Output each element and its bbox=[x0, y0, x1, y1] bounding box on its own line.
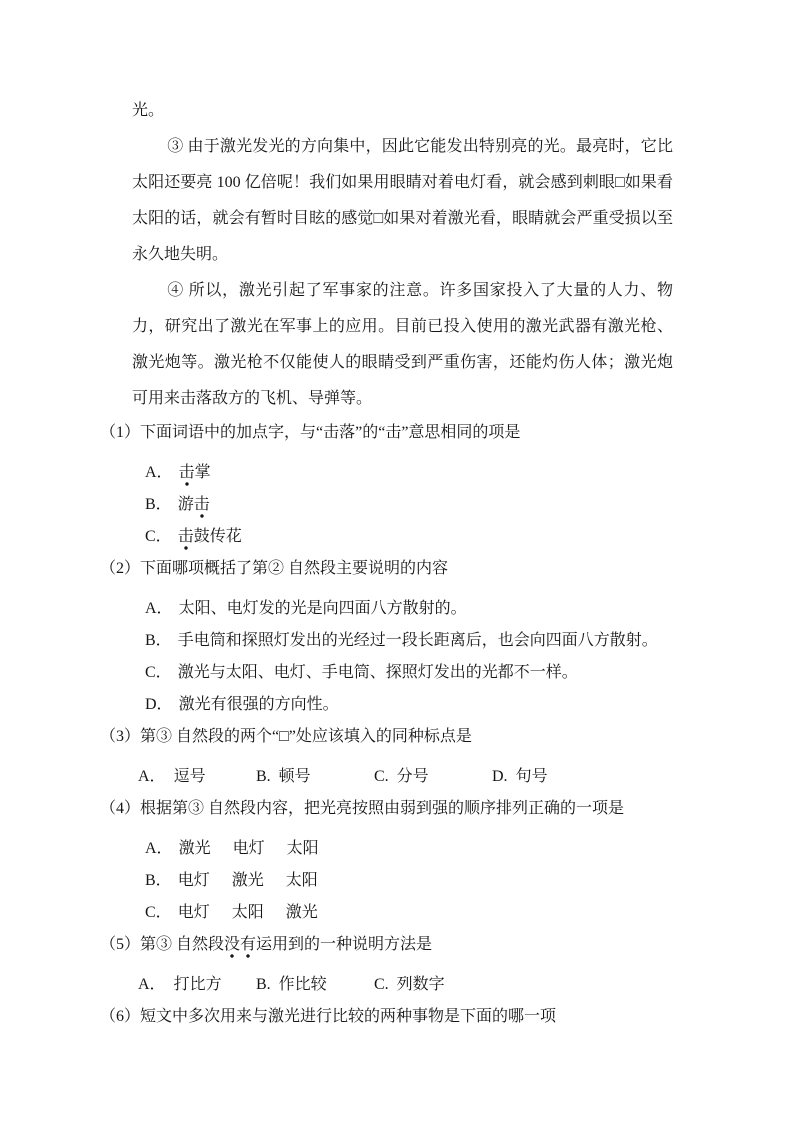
question-6-number: （6） bbox=[100, 1008, 140, 1025]
option-label: A． bbox=[138, 768, 166, 785]
question-3: （3）第③ 自然段的两个“□”处应该填入的同种标点是 A．逗号 B.顿号 C.分… bbox=[100, 721, 675, 793]
option-word: 太阳 bbox=[286, 865, 318, 897]
passage-paragraph-3: ③ 由于激光发光的方向集中，因此它能发出特别亮的光。最亮时，它比太阳还要亮 10… bbox=[132, 129, 673, 273]
option-text: 鼓传花 bbox=[194, 528, 242, 545]
option-word: 太阳 bbox=[287, 833, 319, 865]
option-label: C． bbox=[145, 904, 172, 921]
option-word: 激光 bbox=[286, 897, 318, 929]
question-6-text: 短文中多次用来与激光进行比较的两种事物是下面的哪一项 bbox=[140, 1008, 556, 1025]
option-label: B． bbox=[145, 632, 172, 649]
question-6: （6）短文中多次用来与激光进行比较的两种事物是下面的哪一项 bbox=[100, 1001, 675, 1033]
option-label: C. bbox=[374, 976, 389, 993]
option-label: A． bbox=[145, 464, 173, 481]
question-3-option-a: A．逗号 bbox=[138, 761, 256, 793]
option-text: 游 bbox=[178, 496, 194, 513]
question-1-stem: （1）下面词语中的加点字，与“击落”的“击”意思相同的项是 bbox=[100, 417, 675, 449]
question-2-option-b: B．手电筒和探照灯发出的光经过一段长距离后，也会向四面八方散射。 bbox=[100, 625, 675, 657]
question-5-option-b: B.作比较 bbox=[256, 969, 374, 1001]
option-text: 作比较 bbox=[279, 976, 327, 993]
question-5-text: 第③ 自然段 bbox=[140, 936, 224, 953]
question-5-option-c: C.列数字 bbox=[374, 969, 445, 1001]
question-4-stem: （4）根据第③ 自然段内容，把光亮按照由弱到强的顺序排列正确的一项是 bbox=[100, 793, 675, 825]
option-text-emphasized: 击 bbox=[194, 496, 210, 519]
question-1-option-c: C．击鼓传花 bbox=[100, 521, 675, 553]
question-2-stem: （2）下面哪项概括了第② 自然段主要说明的内容 bbox=[100, 553, 675, 585]
question-3-option-d: D.句号 bbox=[492, 761, 548, 793]
reading-passage: 光。 ③ 由于激光发光的方向集中，因此它能发出特别亮的光。最亮时，它比太阳还要亮… bbox=[132, 93, 673, 417]
question-5-options-row: A．打比方 B.作比较 C.列数字 bbox=[100, 969, 675, 1001]
option-label: B． bbox=[145, 872, 172, 889]
question-2-option-c: C．激光与太阳、电灯、手电筒、探照灯发出的光都不一样。 bbox=[100, 657, 675, 689]
option-text: 顿号 bbox=[279, 768, 311, 785]
option-word: 电灯 bbox=[233, 833, 265, 865]
question-3-option-b: B.顿号 bbox=[256, 761, 374, 793]
question-1-option-a: A．击掌 bbox=[100, 457, 675, 489]
question-3-option-c: C.分号 bbox=[374, 761, 492, 793]
option-text: 分号 bbox=[397, 768, 429, 785]
option-label: C. bbox=[374, 768, 389, 785]
question-5-stem: （5）第③ 自然段没有运用到的一种说明方法是 bbox=[100, 929, 675, 961]
option-label: B. bbox=[256, 976, 271, 993]
question-1: （1）下面词语中的加点字，与“击落”的“击”意思相同的项是 A．击掌 B．游击 … bbox=[100, 417, 675, 553]
question-1-number: （1） bbox=[100, 424, 140, 441]
option-text: 太阳、电灯发的光是向四面八方散射的。 bbox=[179, 600, 467, 617]
option-label: B． bbox=[145, 496, 172, 513]
question-2-text: 下面哪项概括了第② 自然段主要说明的内容 bbox=[140, 560, 448, 577]
question-5-number: （5） bbox=[100, 936, 140, 953]
option-text: 手电筒和探照灯发出的光经过一段长距离后，也会向四面八方散射。 bbox=[178, 632, 658, 649]
question-3-options-row: A．逗号 B.顿号 C.分号 D.句号 bbox=[100, 761, 675, 793]
option-label: A． bbox=[138, 976, 166, 993]
question-2-option-a: A．太阳、电灯发的光是向四面八方散射的。 bbox=[100, 593, 675, 625]
option-label: D. bbox=[492, 768, 508, 785]
question-4-option-a: A．激光电灯太阳 bbox=[100, 833, 675, 865]
option-text-emphasized: 击 bbox=[179, 464, 195, 487]
question-5-text: 运用到的一种说明方法是 bbox=[256, 936, 432, 953]
question-1-option-b: B．游击 bbox=[100, 489, 675, 521]
option-label: A． bbox=[145, 840, 173, 857]
option-word: 激光 bbox=[179, 833, 211, 865]
option-text: 列数字 bbox=[397, 976, 445, 993]
document-page: 光。 ③ 由于激光发光的方向集中，因此它能发出特别亮的光。最亮时，它比太阳还要亮… bbox=[0, 0, 793, 1122]
question-3-text: 第③ 自然段的两个“□”处应该填入的同种标点是 bbox=[140, 728, 472, 745]
option-word: 激光 bbox=[232, 865, 264, 897]
question-4-option-b: B．电灯激光太阳 bbox=[100, 865, 675, 897]
option-word: 电灯 bbox=[178, 865, 210, 897]
option-word: 电灯 bbox=[178, 897, 210, 929]
question-3-number: （3） bbox=[100, 728, 140, 745]
question-2-option-d: D．激光有很强的方向性。 bbox=[100, 689, 675, 721]
option-text: 激光与太阳、电灯、手电筒、探照灯发出的光都不一样。 bbox=[178, 664, 578, 681]
option-text-emphasized: 击 bbox=[178, 528, 194, 551]
option-word: 太阳 bbox=[232, 897, 264, 929]
question-4-option-c: C．电灯太阳激光 bbox=[100, 897, 675, 929]
option-text: 掌 bbox=[195, 464, 211, 481]
question-1-text: 下面词语中的加点字，与“击落”的“击”意思相同的项是 bbox=[140, 424, 520, 441]
question-3-stem: （3）第③ 自然段的两个“□”处应该填入的同种标点是 bbox=[100, 721, 675, 753]
option-label: D． bbox=[145, 696, 173, 713]
option-label: B. bbox=[256, 768, 271, 785]
passage-paragraph-continuation: 光。 bbox=[132, 93, 673, 129]
option-label: A． bbox=[145, 600, 173, 617]
question-2: （2）下面哪项概括了第② 自然段主要说明的内容 A．太阳、电灯发的光是向四面八方… bbox=[100, 553, 675, 721]
question-4-text: 根据第③ 自然段内容，把光亮按照由弱到强的顺序排列正确的一项是 bbox=[140, 800, 624, 817]
option-label: C． bbox=[145, 664, 172, 681]
question-5-option-a: A．打比方 bbox=[138, 969, 256, 1001]
question-6-stem: （6）短文中多次用来与激光进行比较的两种事物是下面的哪一项 bbox=[100, 1001, 675, 1033]
question-4: （4）根据第③ 自然段内容，把光亮按照由弱到强的顺序排列正确的一项是 A．激光电… bbox=[100, 793, 675, 929]
passage-paragraph-4: ④ 所以，激光引起了军事家的注意。许多国家投入了大量的人力、物力，研究出了激光在… bbox=[132, 273, 673, 417]
option-text: 句号 bbox=[516, 768, 548, 785]
option-text: 打比方 bbox=[174, 976, 222, 993]
option-text: 逗号 bbox=[174, 768, 206, 785]
option-text: 激光有很强的方向性。 bbox=[179, 696, 339, 713]
question-4-number: （4） bbox=[100, 800, 140, 817]
question-list: （1）下面词语中的加点字，与“击落”的“击”意思相同的项是 A．击掌 B．游击 … bbox=[100, 417, 705, 1033]
question-5: （5）第③ 自然段没有运用到的一种说明方法是 A．打比方 B.作比较 C.列数字 bbox=[100, 929, 675, 1001]
question-5-text-emphasized: 没有 bbox=[224, 936, 256, 959]
question-2-number: （2） bbox=[100, 560, 140, 577]
option-label: C． bbox=[145, 528, 172, 545]
